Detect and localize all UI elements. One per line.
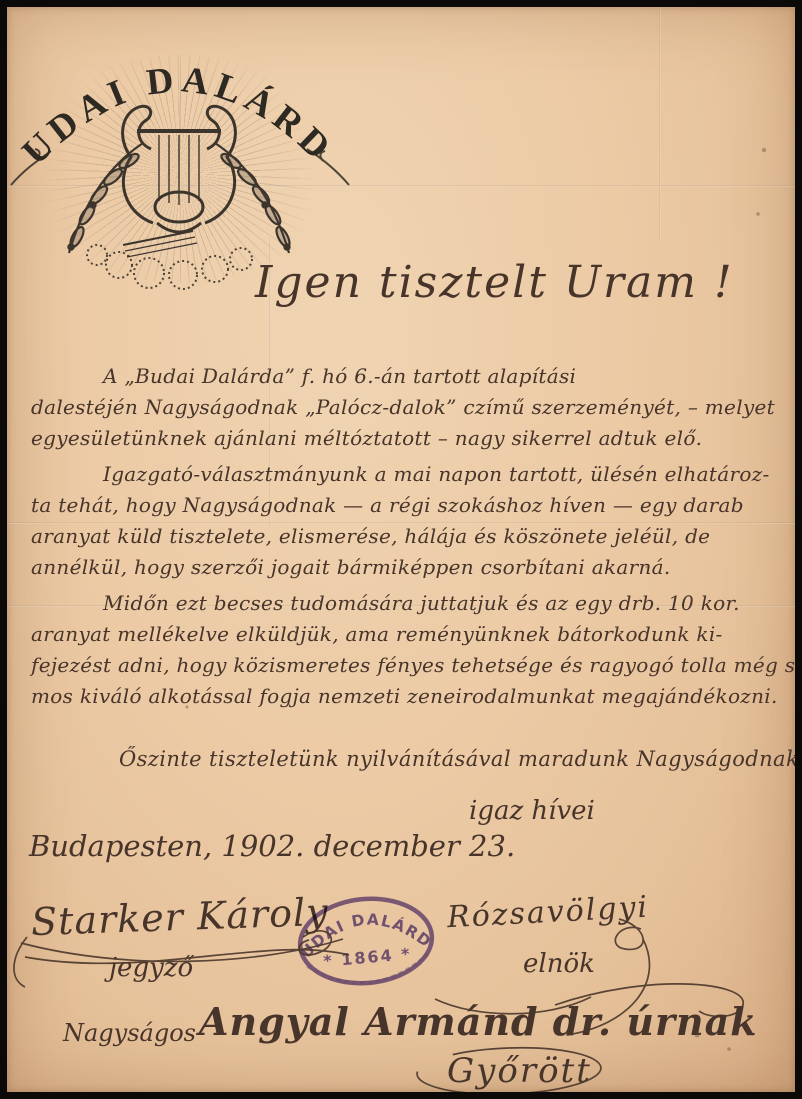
letter-line: Igazgató-választmányunk a mai napon tart… — [31, 459, 761, 490]
letterhead-title-text: BUDAI DALÁRDA — [7, 9, 342, 173]
letter-line: A „Budai Dalárda” f. hó 6.-án tartott al… — [31, 361, 761, 392]
letterhead-title: BUDAI DALÁRDA — [7, 9, 342, 173]
letter-line: aranyat küld tisztelete, elismerése, hál… — [31, 521, 761, 552]
closing-line: Őszinte tiszteletünk nyilvánításával mar… — [119, 747, 795, 771]
letter-line: ta tehát, hogy Nagyságodnak — a régi szo… — [31, 490, 761, 521]
salutation: Igen tisztelt Uram ! — [255, 257, 734, 308]
letter-line: egyesületünknek ajánlani méltóztatott – … — [31, 423, 761, 454]
valediction: igaz hívei — [469, 796, 595, 826]
society-stamp: BUDAI DALÁRDA * 1864 * — [287, 885, 445, 998]
scroll-and-clouds — [87, 231, 252, 289]
letter-line: aranyat mellékelve elküldjük, ama remény… — [31, 619, 761, 650]
dateline: Budapesten, 1902. december 23. — [29, 829, 515, 863]
lyre-icon — [123, 106, 236, 232]
signature-president-role: elnök — [523, 949, 595, 979]
signature-president-name: Rózsavölgyi — [446, 890, 650, 936]
signature-secretary-role: jegyző — [109, 953, 193, 983]
signature-flourish — [14, 937, 27, 987]
letter-line: dalestéjén Nagyságodnak „Palócz-dalok” c… — [31, 392, 761, 423]
addressee-name: Angyal Armánd dr. úrnak — [199, 999, 758, 1044]
letter-sheet: BUDAI DALÁRDA — [7, 7, 795, 1092]
letter-line: fejezést adni, hogy közismeretes fényes … — [31, 650, 761, 681]
letter-body: A „Budai Dalárda” f. hó 6.-án tartott al… — [31, 361, 761, 712]
fold-crease — [659, 7, 661, 242]
signature-secretary-name: Starker Károly — [30, 890, 329, 944]
addressee-city: Győrött — [447, 1051, 592, 1091]
scanned-letter-page: BUDAI DALÁRDA — [0, 0, 802, 1099]
stamp-year-text: * 1864 * — [323, 944, 413, 971]
letter-line: annélkül, hogy szerzői jogait bármiképpe… — [31, 552, 761, 583]
wreath-branches — [68, 143, 292, 253]
addressee-prefix: Nagyságos — [63, 1019, 196, 1047]
letter-line: mos kiváló alkotással fogja nemzeti zene… — [31, 681, 761, 712]
letter-line: Midőn ezt becses tudomására juttatjuk és… — [31, 588, 761, 619]
letterhead-emblem: BUDAI DALÁRDA — [7, 9, 353, 295]
